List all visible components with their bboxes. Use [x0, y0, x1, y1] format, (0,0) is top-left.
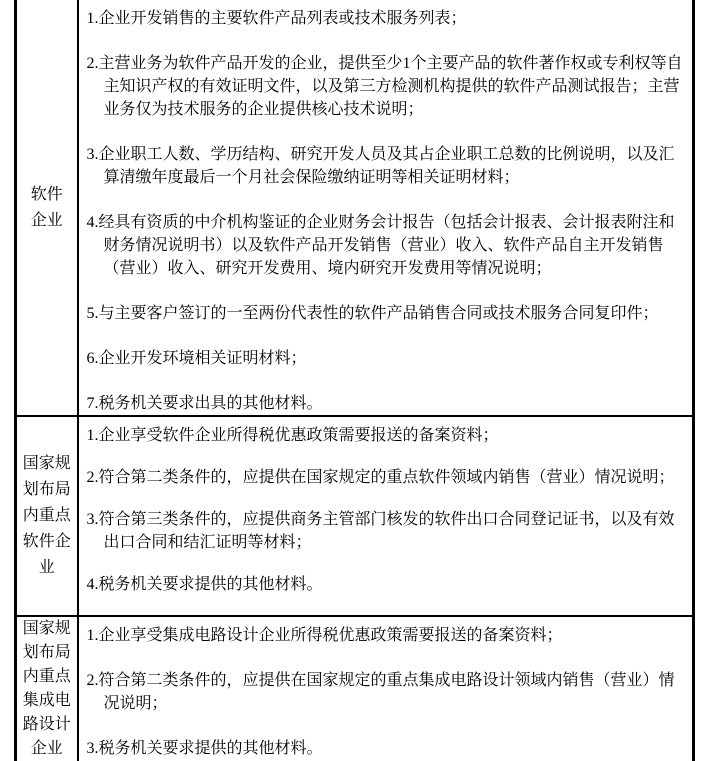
requirement-item: 2.符合第二类条件的，应提供在国家规定的重点软件领域内销售（营业）情况说明； [87, 466, 689, 489]
requirement-item: 6.企业开发环境相关证明材料； [87, 347, 689, 370]
row-header-software-enterprise: 软件 企业 [16, 0, 78, 416]
document-page: 软件 企业 1.企业开发销售的主要软件产品列表或技术服务列表； 2.主营业务为软… [0, 0, 706, 761]
requirement-item: 4.税务机关要求提供的其他材料。 [87, 573, 689, 596]
requirement-item: 3.企业职工人数、学历结构、研究开发人员及其占企业职工总数的比例说明，以及汇 算… [87, 143, 689, 189]
requirement-item: 5.与主要客户签订的一至两份代表性的软件产品销售合同或技术服务合同复印件； [87, 302, 689, 325]
requirement-item: 1.企业享受软件企业所得税优惠政策需要报送的备案资料； [87, 424, 689, 447]
table-row-key-ic-design-enterprise: 国家规 划布局 内重点 集成电 路设计 企业 1.企业享受集成电路设计企业所得税… [16, 616, 694, 761]
requirement-item: 3.税务机关要求提供的其他材料。 [87, 737, 689, 760]
row-content-key-ic-design-enterprise: 1.企业享受集成电路设计企业所得税优惠政策需要报送的备案资料； 2.符合第二类条… [78, 616, 694, 761]
row-content-software-enterprise: 1.企业开发销售的主要软件产品列表或技术服务列表； 2.主营业务为软件产品开发的… [78, 0, 694, 416]
table-row-software-enterprise: 软件 企业 1.企业开发销售的主要软件产品列表或技术服务列表； 2.主营业务为软… [16, 0, 694, 416]
row-header-key-ic-design-enterprise: 国家规 划布局 内重点 集成电 路设计 企业 [16, 616, 78, 761]
requirement-item: 3.符合第三类条件的，应提供商务主管部门核发的软件出口合同登记证书，以及有效 出… [87, 508, 689, 554]
filing-materials-table: 软件 企业 1.企业开发销售的主要软件产品列表或技术服务列表； 2.主营业务为软… [14, 0, 695, 761]
requirement-item: 2.主营业务为软件产品开发的企业，提供至少1个主要产品的软件著作权或专利权等自 … [87, 52, 689, 121]
row-header-key-software-enterprise: 国家规 划布局 内重点 软件企 业 [16, 416, 78, 616]
requirement-item: 1.企业开发销售的主要软件产品列表或技术服务列表； [87, 7, 689, 30]
requirement-item: 4.经具有资质的中介机构鉴证的企业财务会计报告（包括会计报表、会计报表附注和 财… [87, 211, 689, 280]
requirement-item: 2.符合第二类条件的，应提供在国家规定的重点集成电路设计领域内销售（营业）情 况… [87, 669, 689, 715]
requirement-item: 1.企业享受集成电路设计企业所得税优惠政策需要报送的备案资料； [87, 624, 689, 647]
row-content-key-software-enterprise: 1.企业享受软件企业所得税优惠政策需要报送的备案资料； 2.符合第二类条件的，应… [78, 416, 694, 616]
table-row-key-software-enterprise: 国家规 划布局 内重点 软件企 业 1.企业享受软件企业所得税优惠政策需要报送的… [16, 416, 694, 616]
requirement-item: 7.税务机关要求出具的其他材料。 [87, 392, 689, 415]
